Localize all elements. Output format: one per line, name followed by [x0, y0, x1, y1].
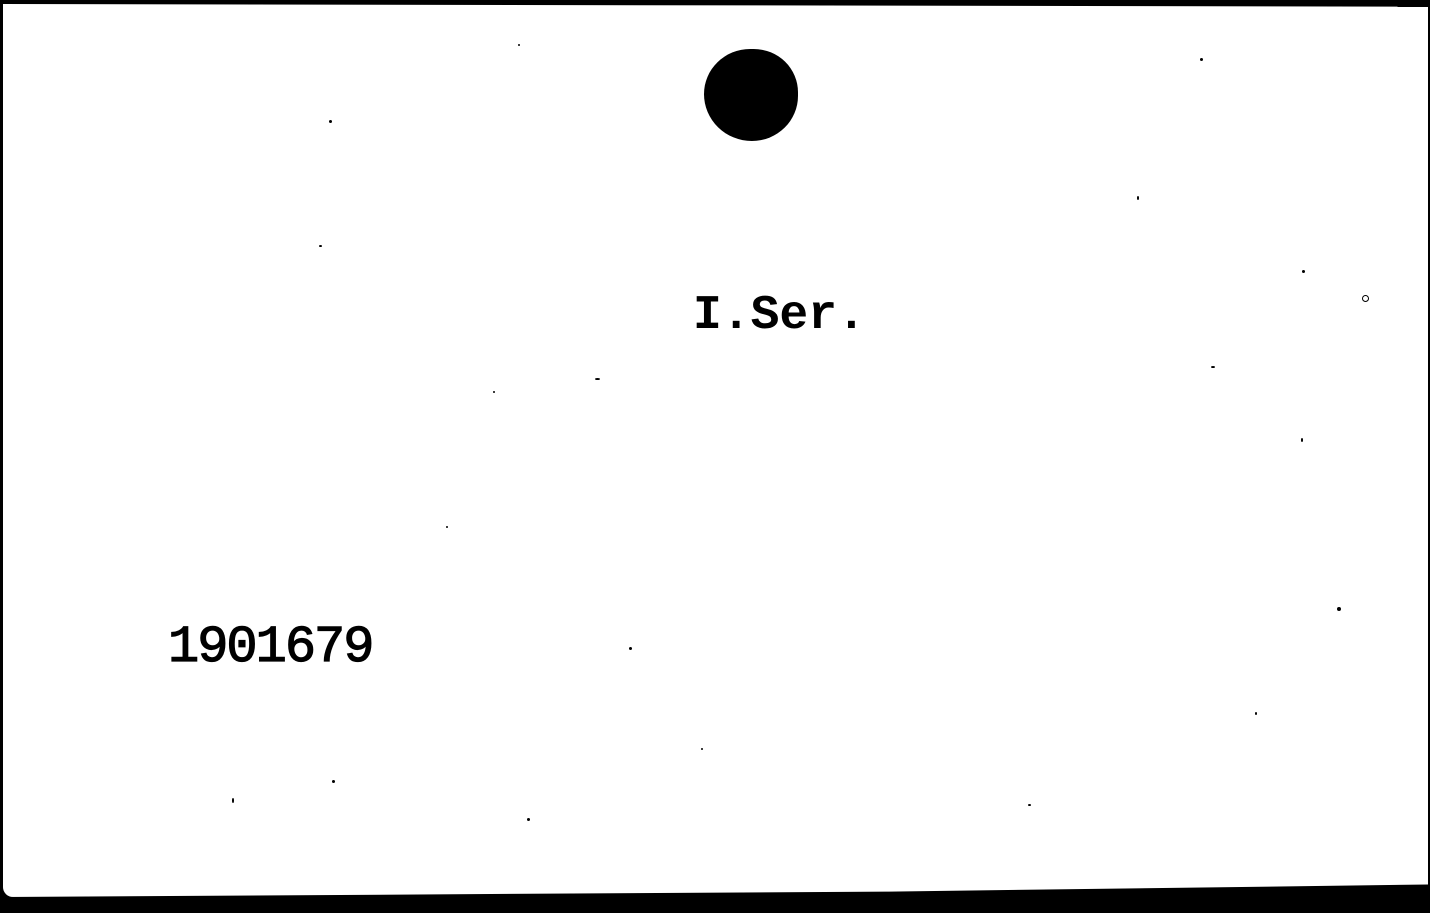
scan-speck [1211, 366, 1215, 368]
scan-speck [1137, 196, 1139, 200]
scan-speck [527, 818, 530, 821]
scan-speck [493, 391, 495, 393]
card-number: 1901679 [168, 618, 372, 677]
series-label: I.Ser. [693, 289, 866, 343]
scan-speck [701, 748, 703, 750]
scan-speck [1337, 607, 1341, 611]
scan-speck [446, 526, 448, 528]
scanned-card-image: I.Ser. 1901679 [0, 0, 1430, 913]
scan-speck [329, 120, 332, 123]
scan-speck [629, 647, 632, 650]
scan-speck [319, 245, 322, 247]
scan-speck [1255, 712, 1257, 715]
scan-speck [1200, 58, 1203, 61]
scan-speck [518, 44, 520, 46]
index-card: I.Ser. 1901679 [3, 4, 1428, 897]
punch-hole [704, 49, 798, 141]
scan-speck [1301, 438, 1303, 442]
scan-speck [595, 378, 600, 380]
scan-speck [1302, 270, 1305, 273]
scan-speck [1362, 295, 1369, 302]
scan-speck [232, 798, 234, 803]
scan-speck [1028, 804, 1031, 806]
scan-speck [332, 780, 335, 783]
